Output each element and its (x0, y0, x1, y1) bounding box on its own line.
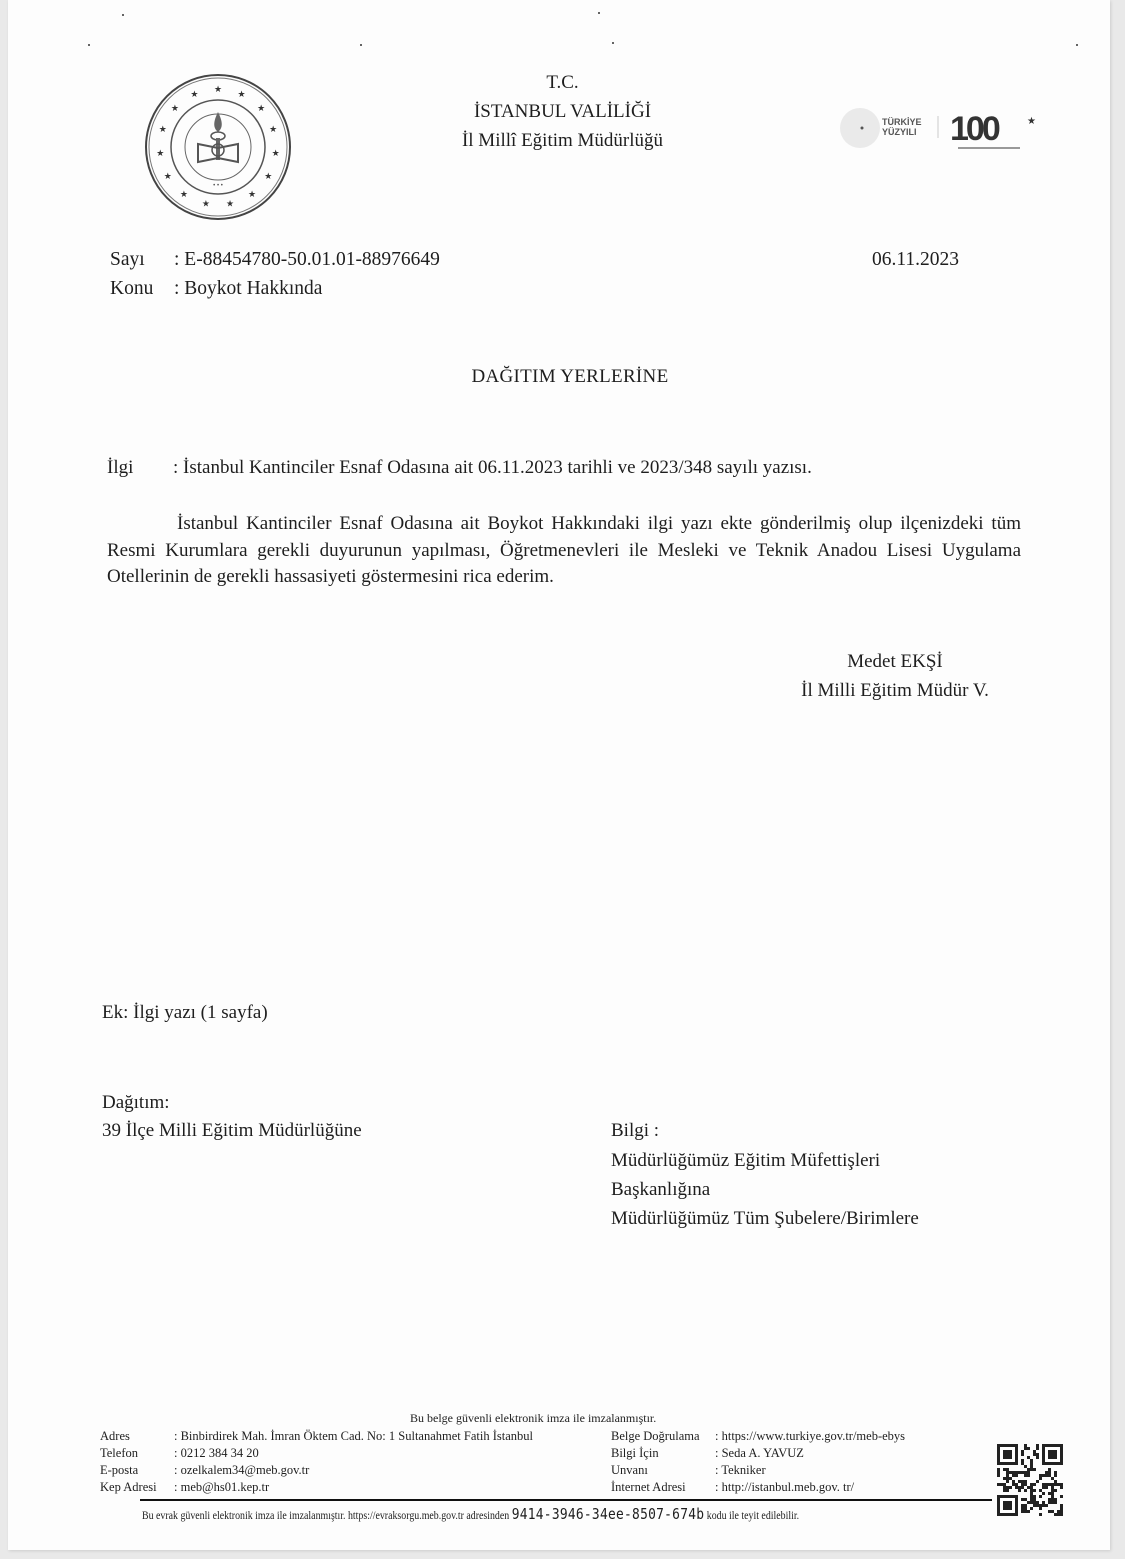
konu-label: Konu (110, 278, 174, 300)
svg-text:★: ★ (180, 190, 188, 200)
svg-text:★: ★ (164, 172, 172, 182)
distribution-label: Dağıtım: (102, 1090, 170, 1116)
body-paragraph-text: İstanbul Kantinciler Esnaf Odasına ait B… (107, 513, 1021, 587)
svg-text:★: ★ (202, 200, 210, 210)
svg-text:★: ★ (248, 190, 256, 200)
sayi-value: : E-88454780-50.01.01-88976649 (174, 249, 440, 270)
address-value: : Binbirdirek Mah. İmran Öktem Cad. No: … (174, 1429, 533, 1443)
header-directorate: İl Millî Eğitim Müdürlüğü (0, 128, 1125, 154)
footer-divider (140, 1499, 992, 1501)
document-date: 06.11.2023 (872, 249, 959, 271)
svg-text:★: ★ (226, 200, 234, 210)
info-item: Müdürlüğümüz Eğitim Müfettişleri (611, 1148, 880, 1174)
esign-note: Bu belge güvenli elektronik imza ile imz… (410, 1410, 656, 1427)
verification-url[interactable]: : https://www.turkiye.gov.tr/meb-ebys (715, 1429, 905, 1443)
distribution-item: 39 İlçe Milli Eğitim Müdürlüğüne (102, 1118, 362, 1144)
footer-contact-right: Belge Doğrulama: https://www.turkiye.gov… (611, 1428, 905, 1496)
verify-line: Bu evrak güvenli elektronik imza ile imz… (142, 1505, 799, 1523)
phone-value: : 0212 384 34 20 (174, 1446, 259, 1460)
header-institution: İSTANBUL VALİLİĞİ (0, 99, 1125, 125)
document-page (8, 0, 1110, 1550)
konu-row: Konu: Boykot Hakkında (110, 278, 322, 300)
kep-value: : meb@hs01.kep.tr (174, 1480, 269, 1494)
signatory-title: İl Milli Eğitim Müdür V. (788, 680, 1002, 702)
verify-code: 9414-3946-34ee-8507-674b (512, 1505, 705, 1523)
signatory-name: Medet EKŞİ (790, 651, 1000, 673)
qr-code-icon (997, 1444, 1063, 1516)
sayi-row: Sayı: E-88454780-50.01.01-88976649 (110, 249, 440, 271)
svg-text:• • •: • • • (213, 183, 223, 189)
attachment-note: Ek: İlgi yazı (1 sayfa) (102, 1000, 268, 1026)
addressee-heading: DAĞITIM YERLERİNE (0, 366, 1125, 388)
info-item: Müdürlüğümüz Tüm Şubelere/Birimlere (611, 1206, 919, 1232)
email-value: : ozelkalem34@meb.gov.tr (174, 1463, 309, 1477)
footer-contact-left: Adres: Binbirdirek Mah. İmran Öktem Cad.… (100, 1428, 533, 1496)
ilgi-value: : İstanbul Kantinciler Esnaf Odasına ait… (173, 457, 812, 478)
svg-text:★: ★ (264, 172, 272, 182)
body-paragraph: İstanbul Kantinciler Esnaf Odasına ait B… (107, 511, 1021, 591)
sayi-label: Sayı (110, 249, 174, 271)
ilgi-label: İlgi (107, 455, 173, 481)
info-label: Bilgi : (611, 1118, 659, 1144)
contact-person: : Seda A. YAVUZ (715, 1446, 804, 1460)
info-item: Başkanlığına (611, 1177, 710, 1203)
ilgi-row: İlgi: İstanbul Kantinciler Esnaf Odasına… (107, 455, 812, 481)
website-url[interactable]: : http://istanbul.meb.gov. tr/ (715, 1480, 854, 1494)
konu-value: : Boykot Hakkında (174, 278, 322, 299)
contact-title: : Tekniker (715, 1463, 766, 1477)
header-tc: T.C. (0, 70, 1125, 96)
